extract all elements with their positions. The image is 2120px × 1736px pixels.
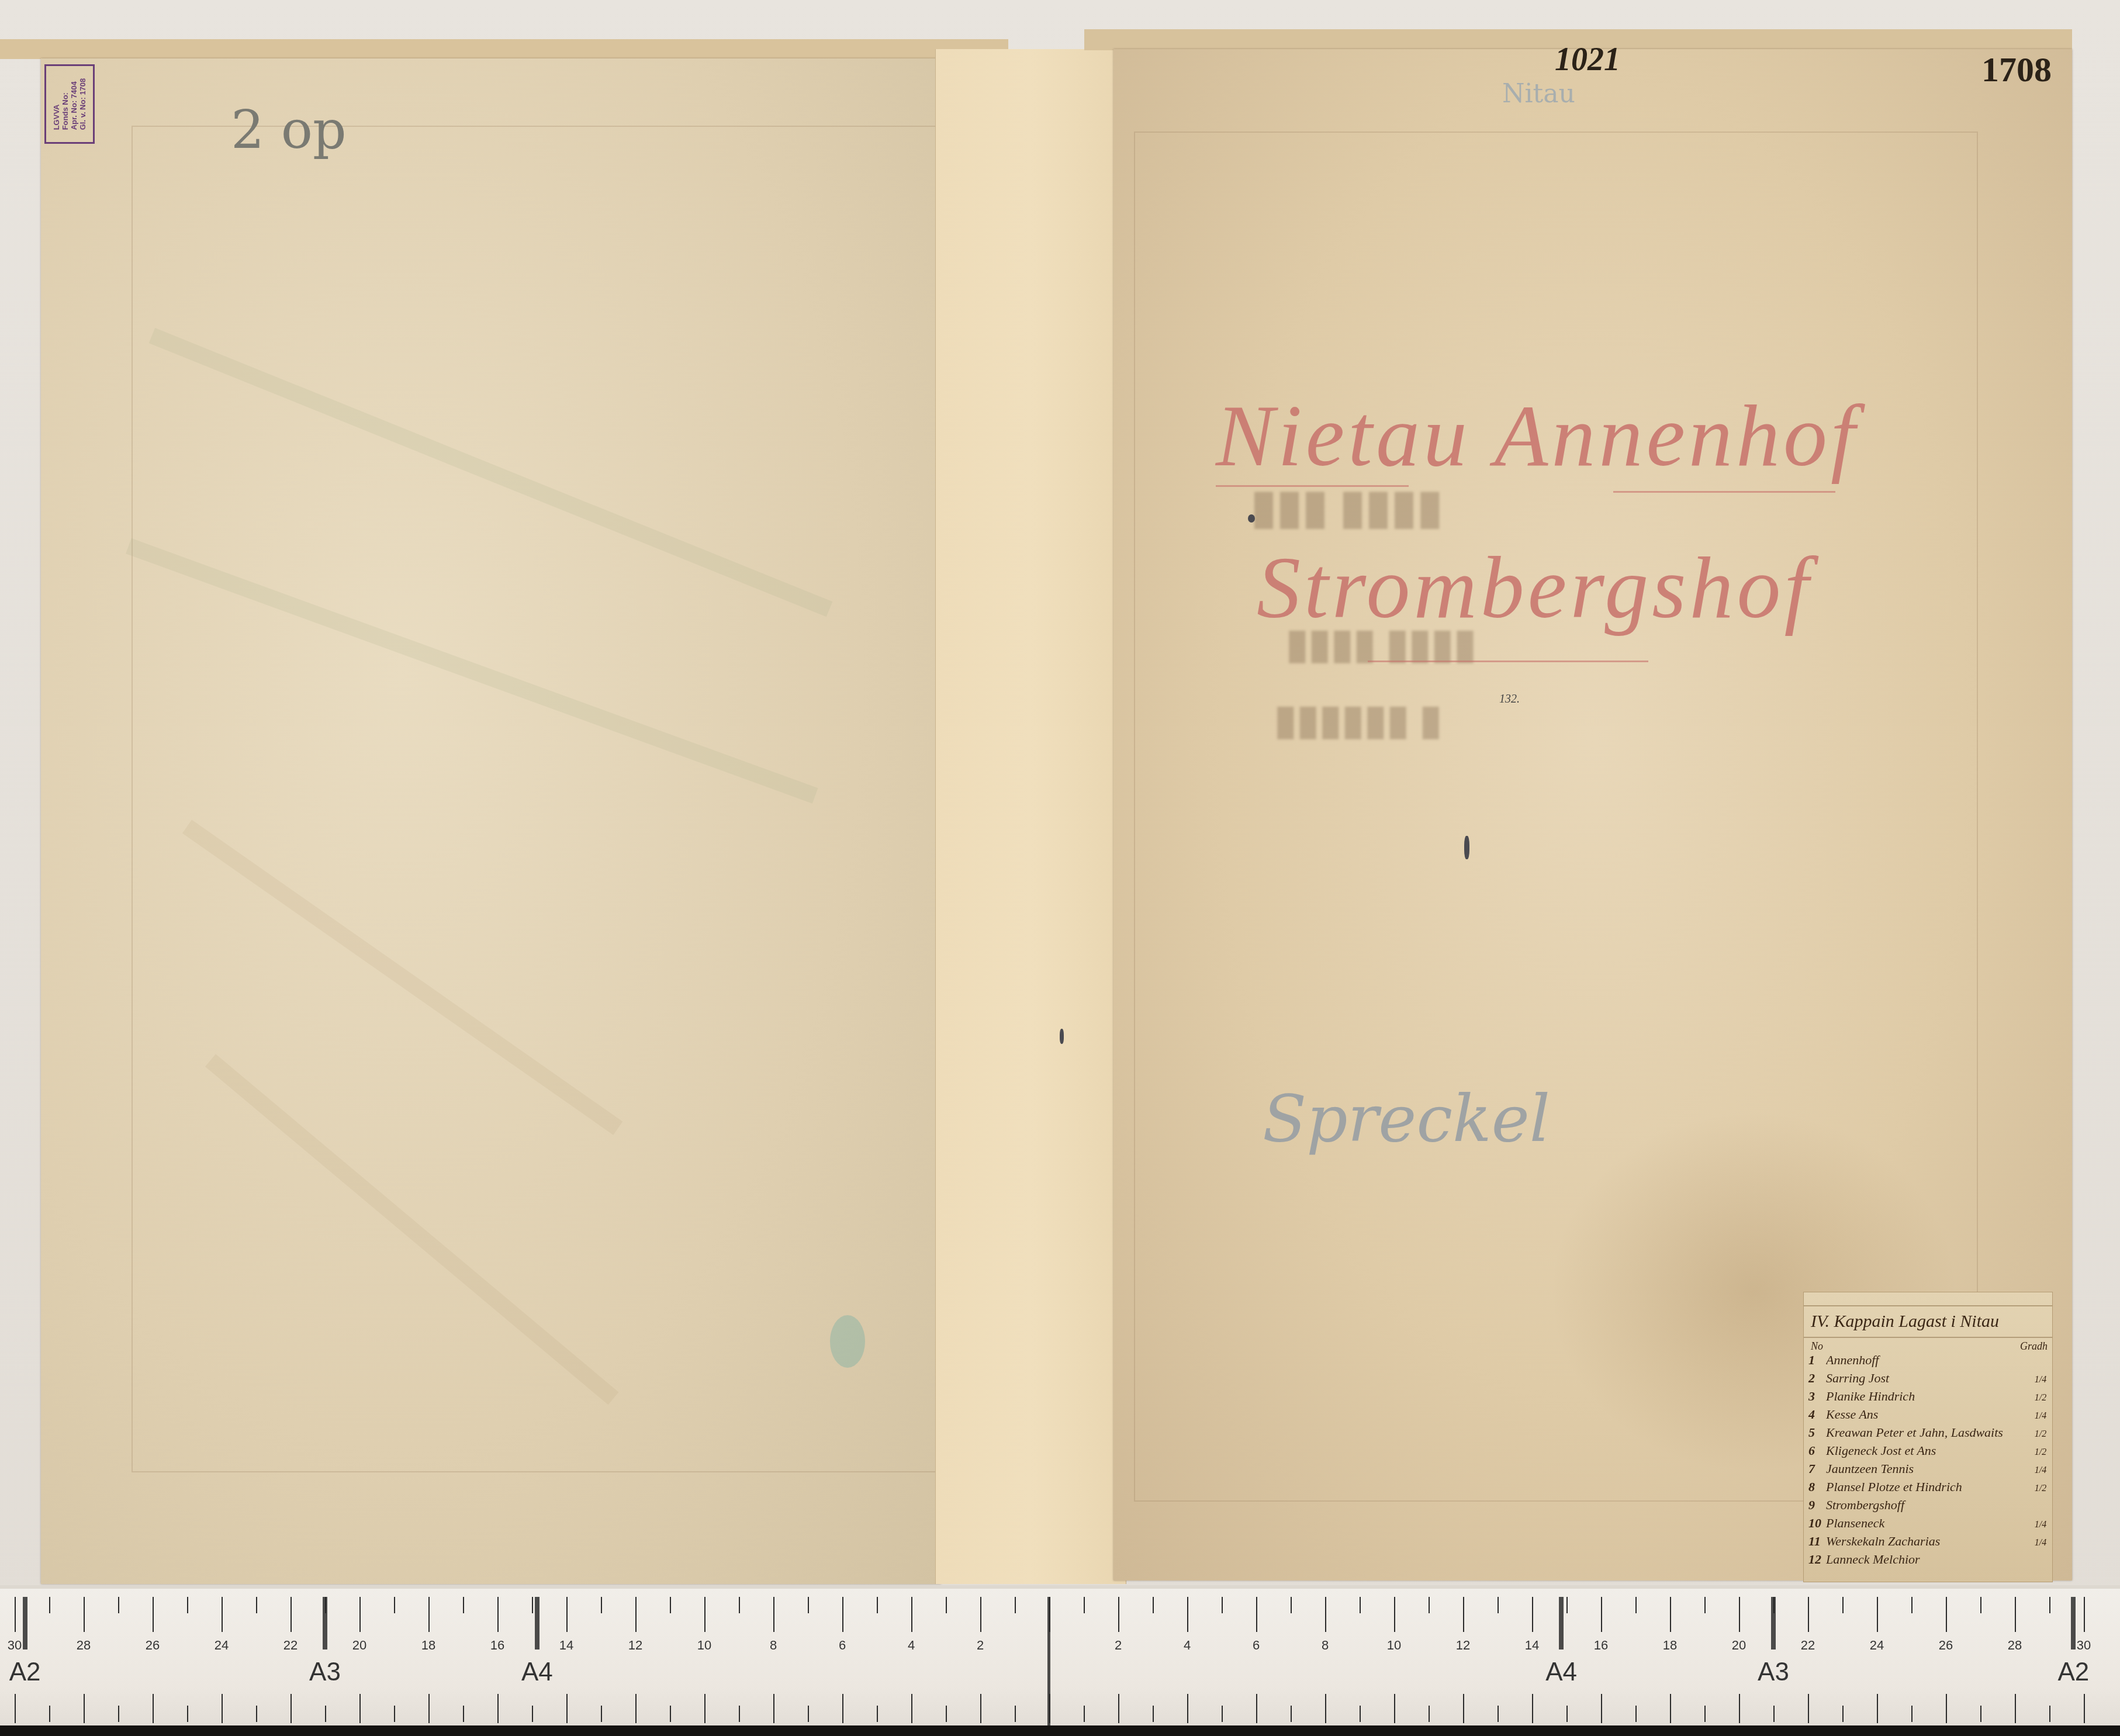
- ruler-tick: [601, 1706, 602, 1722]
- ink-blot: [1248, 514, 1255, 523]
- ruler-tick: [635, 1694, 637, 1723]
- list-item: 3Planike Hindrich1/2: [1804, 1389, 2052, 1407]
- list-item: 11Werskekaln Zacharias1/4: [1804, 1534, 2052, 1552]
- ruler-tick: [1118, 1597, 1119, 1632]
- col-header-share: Gradh: [2020, 1340, 2048, 1353]
- ruler-tick: [1739, 1597, 1740, 1632]
- ruler-tick: [808, 1597, 809, 1613]
- ruler-tick: [1015, 1597, 1016, 1613]
- ruler-tick: [84, 1694, 85, 1723]
- ruler-label: 26: [146, 1638, 160, 1653]
- ruler-tick: [1187, 1694, 1188, 1723]
- paper-size-label: A2: [9, 1658, 41, 1687]
- ink-blot: [1060, 1029, 1064, 1044]
- ruler-tick: [1877, 1597, 1878, 1632]
- ruler-tick: [256, 1597, 257, 1613]
- ruler-tick: [1394, 1597, 1395, 1632]
- ruler-tick: [1429, 1706, 1430, 1722]
- ruler-tick: [1153, 1597, 1154, 1613]
- small-number-132: 132.: [1499, 693, 1520, 706]
- ruler-tick: [84, 1597, 85, 1632]
- ruler-tick: [325, 1706, 326, 1722]
- ruler-tick: [670, 1706, 671, 1722]
- ruler-tick: [1670, 1694, 1671, 1723]
- ruler-tick: [187, 1706, 188, 1722]
- list-item: 10Planseneck1/4: [1804, 1516, 2052, 1534]
- red-title-line2: Strombergshof: [1257, 538, 1812, 638]
- ruler-tick: [704, 1694, 705, 1723]
- cartouche-show-through: ▮▮▮▮▮▮ ▮: [1274, 696, 1442, 744]
- ruler-label: 16: [1594, 1638, 1608, 1653]
- pencil-note-nitau: Nitau: [1502, 79, 1575, 109]
- ruler-label: 18: [1663, 1638, 1677, 1653]
- ink-blot: [1464, 836, 1469, 859]
- stamp-line: Fonds No:: [61, 78, 70, 130]
- farm-list-panel: IV. Kappain Lagast i Nitau No Gradh 1Ann…: [1803, 1292, 2053, 1582]
- ruler-tick: [739, 1706, 740, 1722]
- ruler-label: 16: [490, 1638, 504, 1653]
- ruler-tick: [911, 1597, 912, 1632]
- ruler-tick: [1601, 1597, 1602, 1632]
- ruler-tick: [670, 1597, 671, 1613]
- ruler-tick: [773, 1694, 774, 1723]
- ruler-tick: [704, 1597, 705, 1632]
- ruler-label: 20: [1732, 1638, 1746, 1653]
- ruler-tick: [1911, 1597, 1913, 1613]
- paper-size-label: A3: [1758, 1658, 1789, 1687]
- stamp-line: Apr. No: 7404: [70, 78, 78, 130]
- ruler-label: 26: [1939, 1638, 1953, 1653]
- ruler-tick: [842, 1597, 843, 1632]
- ruler-label: 28: [2008, 1638, 2022, 1653]
- ruler-tick: [877, 1706, 878, 1722]
- ruler-tick: [980, 1597, 981, 1632]
- ruler-label: 14: [559, 1638, 573, 1653]
- ruler-tick: [1394, 1694, 1395, 1723]
- paper-size-mark: [323, 1597, 327, 1649]
- ruler-tick: [1256, 1597, 1257, 1632]
- ruler-tick: [1946, 1597, 1947, 1632]
- ruler-tick: [1118, 1694, 1119, 1723]
- ruler-tick: [1360, 1597, 1361, 1613]
- ruler-tick: [2049, 1597, 2050, 1613]
- paper-size-mark: [1559, 1597, 1564, 1649]
- ruler-label: 6: [839, 1638, 846, 1653]
- col-header-no: No: [1811, 1340, 1823, 1353]
- ruler-label: 4: [1184, 1638, 1191, 1653]
- ruler-tick: [1291, 1597, 1292, 1613]
- ruler-tick: [1566, 1706, 1568, 1722]
- ruler-tick: [153, 1597, 154, 1632]
- ruler-label: 12: [1456, 1638, 1470, 1653]
- ruler-tick: [773, 1597, 774, 1632]
- ruler-tick: [497, 1694, 499, 1723]
- list-item: 7Jauntzeen Tennis1/4: [1804, 1461, 2052, 1479]
- red-underline: [1368, 660, 1648, 662]
- ruler-label: 6: [1253, 1638, 1260, 1653]
- sheet-number-top: 1021: [1555, 41, 1620, 78]
- ruler-tick: [1980, 1706, 1981, 1722]
- ruler-tick: [359, 1694, 361, 1723]
- ruler-tick: [1911, 1706, 1913, 1722]
- paper-size-label: A2: [2057, 1658, 2089, 1687]
- ruler-label: 2: [1115, 1638, 1122, 1653]
- ruler-tick: [1222, 1597, 1223, 1613]
- ruler-label: 4: [908, 1638, 915, 1653]
- pencil-signature: Spreckel: [1263, 1081, 1550, 1156]
- ruler-tick: [1222, 1706, 1223, 1722]
- middle-paper-strip: [935, 49, 1126, 1584]
- stamp-line: LGVVA: [52, 78, 61, 130]
- ruler-tick: [1842, 1597, 1844, 1613]
- ruler-tick: [290, 1597, 292, 1632]
- ruler-tick: [1532, 1694, 1533, 1723]
- ruler-tick: [15, 1597, 16, 1632]
- ruler-tick: [1463, 1597, 1464, 1632]
- ruler-label: 8: [1322, 1638, 1329, 1653]
- ruler-tick: [946, 1706, 947, 1722]
- paper-size-mark: [2071, 1597, 2076, 1649]
- ruler-label: 18: [421, 1638, 435, 1653]
- ruler-tick: [463, 1706, 464, 1722]
- ruler-tick: [118, 1706, 119, 1722]
- ruler-tick: [359, 1597, 361, 1632]
- ruler-tick: [1808, 1694, 1809, 1723]
- teal-stain: [830, 1315, 865, 1368]
- ruler-tick: [566, 1694, 568, 1723]
- list-item: 2Sarring Jost1/4: [1804, 1371, 2052, 1389]
- list-item: 5Kreawan Peter et Jahn, Lasdwaits1/2: [1804, 1425, 2052, 1443]
- ruler-label: 24: [1870, 1638, 1884, 1653]
- left-sheet-top-tab: [0, 39, 1008, 59]
- ruler-tick: [877, 1597, 878, 1613]
- ruler-tick: [49, 1597, 50, 1613]
- ruler-tick: [394, 1706, 395, 1722]
- ruler-label: 24: [215, 1638, 229, 1653]
- paper-size-mark: [1771, 1597, 1776, 1649]
- red-title-line1: Nietau Annenhof: [1216, 386, 1859, 486]
- ruler-tick: [118, 1597, 119, 1613]
- ruler-center-mark: [1047, 1597, 1050, 1725]
- ruler-tick: [1532, 1597, 1533, 1632]
- ruler-label: 30: [8, 1638, 22, 1653]
- ruler-label: 10: [1387, 1638, 1401, 1653]
- paper-size-label: A4: [1545, 1658, 1577, 1687]
- ruler-tick: [1946, 1694, 1947, 1723]
- sheet-number-top-right: 1708: [1981, 50, 2052, 90]
- ruler-label: 22: [1801, 1638, 1815, 1653]
- ruler-tick: [256, 1706, 257, 1722]
- list-item: 6Kligeneck Jost et Ans1/2: [1804, 1443, 2052, 1461]
- list-item: 4Kesse Ans1/4: [1804, 1407, 2052, 1425]
- ruler-tick: [1670, 1597, 1671, 1632]
- pencil-note-2op: 2 op: [231, 99, 347, 161]
- ruler-label: 10: [697, 1638, 711, 1653]
- ruler-tick: [1084, 1706, 1085, 1722]
- ruler-tick: [1739, 1694, 1740, 1723]
- ruler-tick: [428, 1597, 430, 1632]
- ruler-tick: [1360, 1706, 1361, 1722]
- ruler-tick: [739, 1597, 740, 1613]
- ruler-tick: [1635, 1706, 1637, 1722]
- measuring-ruler: 3028262422201816141210864224681012141618…: [0, 1585, 2120, 1729]
- ruler-tick: [1325, 1694, 1326, 1723]
- ruler-label: 30: [2077, 1638, 2091, 1653]
- ruler-tick: [532, 1706, 533, 1722]
- ruler-tick: [1566, 1597, 1568, 1613]
- paper-size-label: A4: [521, 1658, 553, 1687]
- ruler-tick: [2015, 1597, 2016, 1632]
- ruler-tick: [1291, 1706, 1292, 1722]
- cartouche-show-through: ▮▮▮ ▮▮▮▮: [1251, 479, 1443, 534]
- ruler-tick: [1980, 1597, 1981, 1613]
- paper-size-mark: [535, 1597, 539, 1649]
- ruler-tick: [1704, 1597, 1706, 1613]
- stamp-line: Gl. v. No: 1708: [78, 78, 87, 130]
- ruler-tick: [808, 1706, 809, 1722]
- ruler-tick: [290, 1694, 292, 1723]
- ruler-tick: [1256, 1694, 1257, 1723]
- red-underline: [1216, 485, 1409, 487]
- red-underline: [1613, 491, 1835, 493]
- ruler-tick: [2084, 1597, 2085, 1632]
- ruler-label: 12: [628, 1638, 642, 1653]
- paper-size-label: A3: [309, 1658, 341, 1687]
- ruler-tick: [153, 1694, 154, 1723]
- ruler-tick: [49, 1706, 50, 1722]
- ruler-tick: [1842, 1706, 1844, 1722]
- paper-size-mark: [23, 1597, 27, 1649]
- ruler-tick: [428, 1694, 430, 1723]
- ruler-tick: [911, 1694, 912, 1723]
- ruler-tick: [394, 1597, 395, 1613]
- ruler-label: 14: [1525, 1638, 1539, 1653]
- ruler-tick: [2049, 1706, 2050, 1722]
- ruler-label: 2: [977, 1638, 984, 1653]
- list-item: 8Plansel Plotze et Hindrich1/2: [1804, 1479, 2052, 1498]
- ruler-tick: [1084, 1597, 1085, 1613]
- ruler-tick: [842, 1694, 843, 1723]
- ruler-tick: [1704, 1706, 1706, 1722]
- ruler-tick: [1601, 1694, 1602, 1723]
- ruler-tick: [1325, 1597, 1326, 1632]
- ruler-label: 22: [283, 1638, 298, 1653]
- ruler-tick: [601, 1597, 602, 1613]
- ruler-tick: [946, 1597, 947, 1613]
- ruler-tick: [532, 1597, 533, 1613]
- ruler-tick: [1015, 1706, 1016, 1722]
- ruler-tick: [1808, 1597, 1809, 1632]
- ruler-tick: [980, 1694, 981, 1723]
- ruler-label: 8: [770, 1638, 777, 1653]
- ruler-tick: [1498, 1706, 1499, 1722]
- ruler-tick: [1463, 1694, 1464, 1723]
- ruler-tick: [1153, 1706, 1154, 1722]
- list-item: 1Annenhoff: [1804, 1353, 2052, 1371]
- ruler-tick: [1877, 1694, 1878, 1723]
- list-item: 9Strombergshoff: [1804, 1498, 2052, 1516]
- ruler-tick: [1187, 1597, 1188, 1632]
- ruler-tick: [1429, 1597, 1430, 1613]
- ruler-tick: [1635, 1597, 1637, 1613]
- ruler-tick: [566, 1597, 568, 1632]
- ruler-tick: [497, 1597, 499, 1632]
- ruler-tick: [635, 1597, 637, 1632]
- ruler-tick: [1498, 1597, 1499, 1613]
- map-show-through: [152, 175, 912, 1403]
- ruler-tick: [2015, 1694, 2016, 1723]
- ruler-tick: [463, 1597, 464, 1613]
- ruler-tick: [222, 1694, 223, 1723]
- farm-list-title: IV. Kappain Lagast i Nitau: [1804, 1305, 2052, 1338]
- list-item: 12Lanneck Melchior: [1804, 1552, 2052, 1570]
- ruler-tick: [2084, 1694, 2085, 1723]
- ruler-tick: [187, 1597, 188, 1613]
- ruler-tick: [15, 1694, 16, 1723]
- scanner-edge: [0, 1725, 2120, 1736]
- ruler-label: 20: [352, 1638, 366, 1653]
- ruler-tick: [1773, 1706, 1775, 1722]
- archive-stamp: LGVVA Fonds No: Apr. No: 7404 Gl. v. No:…: [44, 64, 95, 144]
- ruler-label: 28: [77, 1638, 91, 1653]
- ruler-tick: [222, 1597, 223, 1632]
